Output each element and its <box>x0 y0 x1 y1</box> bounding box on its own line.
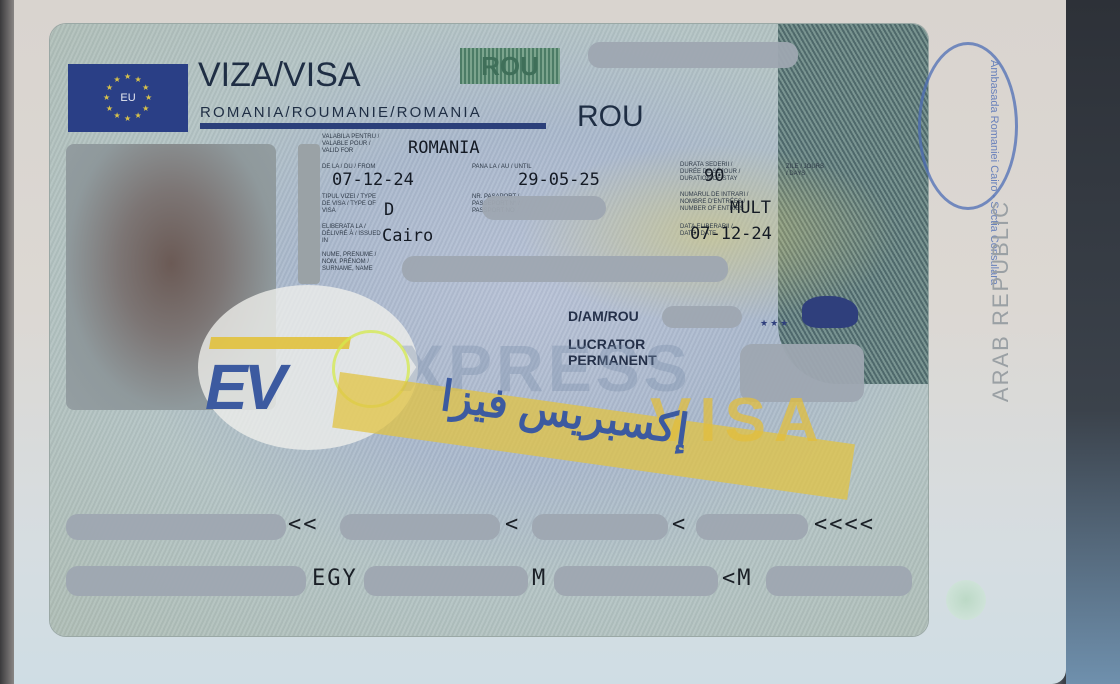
visa-title: VIZA/VISA <box>198 56 361 95</box>
watermark-logo-bar <box>209 337 351 349</box>
mrz-fragment: < <box>505 512 520 537</box>
passport-side-text: ARAB REPUBLIC <box>988 200 1014 402</box>
consular-stamp <box>918 42 1018 210</box>
eu-star-icon: ★ <box>114 76 121 84</box>
value-entries: MULT <box>730 198 771 218</box>
issuer-line: ROMANIA/ROUMANIE/ROMANIA <box>200 104 482 121</box>
mrz-redaction <box>696 514 808 540</box>
mrz-fragment: << <box>288 512 319 537</box>
stars-icon: ★★★ ★★ <box>760 318 846 329</box>
passport-seal-icon <box>946 580 986 620</box>
label-issued-in: Eliberata la / Délivré à / Issued in <box>322 224 384 245</box>
mrz-redaction <box>554 566 718 596</box>
eu-star-icon: ★ <box>145 94 152 102</box>
label-name: Nume, prenume / Nom, prénom / Surname, n… <box>322 252 384 273</box>
value-duration: 90 <box>704 166 724 186</box>
value-from: 07-12-24 <box>332 170 414 190</box>
eu-star-icon: ★ <box>106 105 113 113</box>
mrz-fragment: <<<< <box>814 512 875 537</box>
redacted-passport-number <box>482 196 606 220</box>
value-issue-date: 07-12-24 <box>690 224 772 244</box>
eu-star-icon: ★ <box>103 94 110 102</box>
eu-star-icon: ★ <box>142 84 149 92</box>
mrz-redaction <box>66 514 286 540</box>
value-until: 29-05-25 <box>518 170 600 190</box>
watermark-logo-letters: EV <box>205 350 282 424</box>
mrz-fragment: M <box>532 566 547 591</box>
mrz-fragment: < <box>672 512 687 537</box>
mrz-redaction <box>340 514 500 540</box>
label-days: Zile / Jours / Days <box>786 164 826 178</box>
redacted-holder-name <box>402 256 728 282</box>
country-code: ROU <box>577 100 644 134</box>
value-type: D <box>384 200 394 220</box>
mrz-fragment: EGY <box>312 566 358 591</box>
redacted-remarks-id <box>662 306 742 328</box>
eu-star-icon: ★ <box>135 76 142 84</box>
mrz-redaction <box>766 566 912 596</box>
background-surface <box>1066 0 1120 684</box>
eu-star-icon: ★ <box>124 73 131 81</box>
eu-star-icon: ★ <box>114 112 121 120</box>
photo-strip <box>298 144 320 284</box>
mrz-redaction <box>66 566 306 596</box>
label-type: Tipul vizei / Type de visa / Type of vis… <box>322 194 384 215</box>
remarks-code: D/AM/ROU <box>568 308 639 324</box>
eu-flag-icon: EU ★★★★★★★★★★★★ <box>68 64 188 132</box>
value-valid-for: ROMANIA <box>408 138 480 158</box>
label-valid-for: Valabila pentru / Valable pour / Valid f… <box>322 134 384 155</box>
mrz-redaction <box>532 514 668 540</box>
microprint-line <box>200 123 546 129</box>
redacted-visa-number <box>588 42 798 68</box>
mrz-redaction <box>364 566 528 596</box>
eu-star-icon: ★ <box>106 84 113 92</box>
mrz-fragment: <M <box>722 566 753 591</box>
eu-star-icon: ★ <box>124 115 131 123</box>
value-issued-in: Cairo <box>382 226 433 246</box>
security-print: ROU <box>460 48 560 84</box>
eu-star-icon: ★ <box>142 105 149 113</box>
eu-star-icon: ★ <box>135 112 142 120</box>
